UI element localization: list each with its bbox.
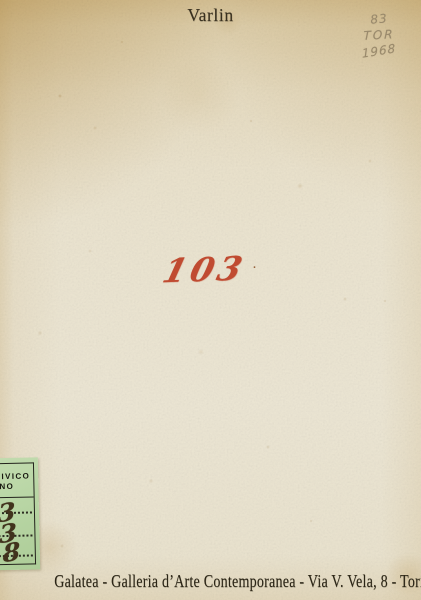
library-label: IVICO NO 3 3 8 (0, 457, 40, 570)
pencil-annotation-line: 1968 (358, 41, 400, 62)
catalog-cover-scan: Varlin 83 TOR 1968 103· IVICO NO 3 3 8 G… (0, 0, 421, 600)
paper-grain-texture (0, 0, 421, 600)
publisher-line: Galatea - Galleria d’Arte Contemporanea … (0, 571, 421, 592)
pencil-annotation-line: 83 (357, 10, 400, 28)
catalog-number: 103· (0, 250, 421, 289)
ink-dot: · (252, 260, 257, 277)
catalog-number-value: 103 (159, 249, 250, 291)
pencil-annotation: 83 TOR 1968 (358, 12, 400, 58)
library-label-text-line1: IVICO (0, 471, 33, 481)
library-label-text-line2: NO (0, 481, 34, 491)
handwritten-mark: 8 (2, 539, 20, 567)
publisher-line-text: Galatea - Galleria d’Arte Contemporanea … (54, 571, 421, 592)
